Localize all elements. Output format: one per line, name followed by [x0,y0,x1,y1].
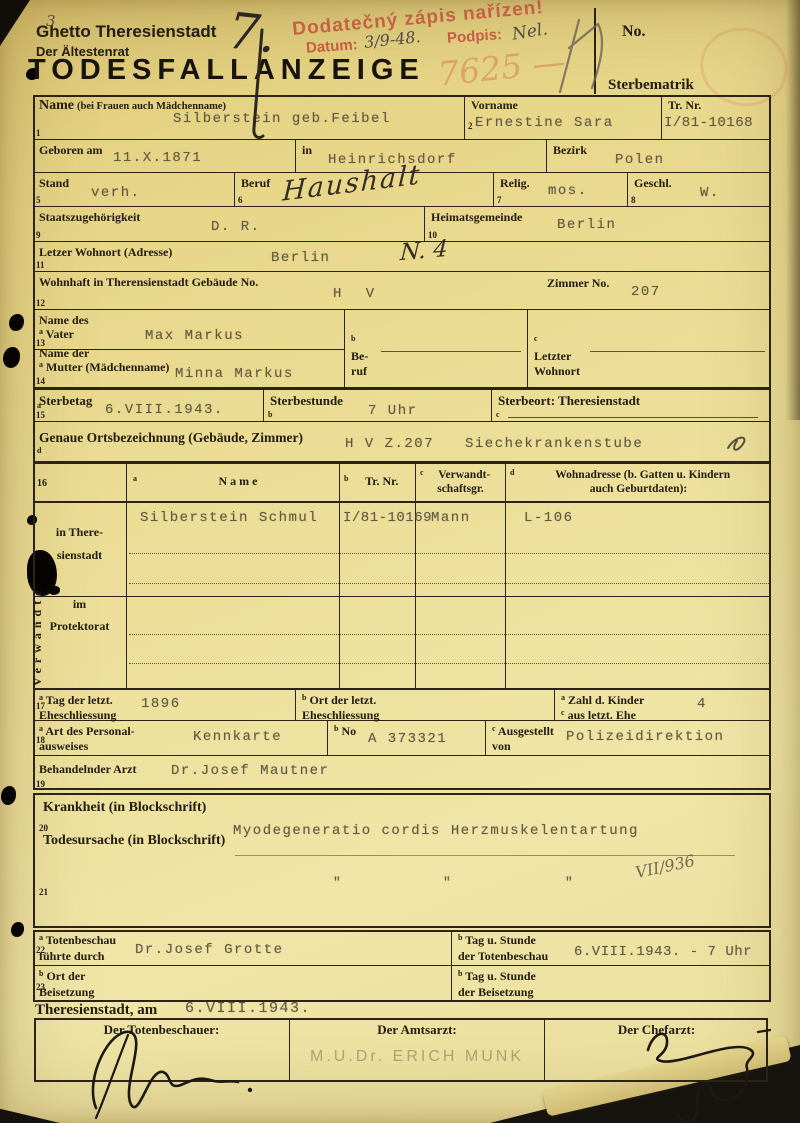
sup: c [561,708,565,717]
signature-cell-chefarzt: Der Chefarzt: [545,1018,768,1082]
field-eltern-namen: Name des a Vater 13 Max Markus Name der … [33,310,345,387]
orts-sup: d [37,446,41,455]
fill-line [590,351,765,352]
vater-label-line2: Vater [46,327,74,341]
org-name: Ghetto Theresienstadt [36,22,216,42]
amtsarzt-stamp: M.U.Dr. ERICH MUNK [290,1048,544,1066]
sup: a [39,724,43,733]
field-number: 16 [37,478,47,489]
field-stand: Stand 5 verh. [33,173,235,206]
field-ort-beisetzung: b Ort derBeisetzung 23 [33,966,452,1002]
col-adresse-line2: auch Geburtdaten): [590,483,687,495]
dotted-rule [129,634,769,635]
heimat-value: Berlin [557,217,616,233]
label-line1: Tag der letzt. [46,693,113,707]
scanned-death-certificate: Ghetto Theresienstadt Der Ältestenrat TO… [0,0,800,1123]
field-geschl: Geschl. 8 W. [628,173,771,206]
ink-number-mark: 7. [225,2,279,65]
sup: b [458,933,462,942]
field-eltern-beruf: bBe-ruf [345,310,528,387]
sup: b [302,693,306,702]
dotted-rule [129,553,769,554]
orts-value2: Siechekrankenstube [465,436,643,452]
label-line2: Beisetzung [39,985,94,999]
table16-col-name: aN a m e [127,464,340,501]
wohnort-col-line1: Letzter [534,349,571,363]
stand-value: verh. [91,185,141,201]
field-sterbestunde: Sterbestunde b 7 Uhr [264,390,492,421]
footer-place-label: Theresienstadt, am [35,1002,157,1019]
field-number: 21 [39,887,48,897]
group2-label-line1: im [73,597,86,611]
row-name: Name (bei Frauen auch Mädchenname) 1 Sil… [33,95,771,140]
field-number: 8 [631,195,636,205]
field-sterbeort: Sterbeort: Theresienstadt c [492,390,771,421]
orts-value1: H V Z.207 [345,436,434,452]
relative-trnr-value: I/81-10169 [343,510,432,526]
group1-label-line1: in There- [56,525,103,539]
footer-date-value: 6.VIII.1943. [185,1000,311,1017]
sup: a [39,933,43,942]
label-line1: Zahl d. Kinder [568,693,644,707]
row-totenbeschau: a Totenbeschauführte durch 22 Dr.Josef G… [33,930,771,966]
field-number: 1 [36,128,41,138]
group1-label-line2: sienstadt [57,548,102,562]
fill-line [381,351,521,352]
label-line1: Ort der letzt. [309,693,376,707]
header-divider [594,8,596,94]
arzt-label: Behandelnder Arzt [33,756,771,776]
field-staatszugehoerigkeit: Staatszugehörigkeit 9 D. R. [33,207,425,241]
sup: a [561,693,565,702]
label-line2: von [492,739,511,753]
beruf-col-sup: b [351,334,355,343]
label-line1: Art des Personal- [45,724,134,738]
field-number: 13 [36,338,45,348]
row-ausweis: a Art des Personal-ausweises 18 Kennkart… [33,721,771,756]
label-line2: Eheschliessung [302,708,379,722]
row-staat: Staatszugehörigkeit 9 D. R. Heimatsgemei… [33,207,771,242]
zimmer-value: 207 [631,284,661,300]
wohnort-col-line2: Wohnort [534,364,580,378]
eheschliessung-jahr-value: 1896 [141,696,181,712]
col-adresse-line1: Wohnadresse (b. Gatten u. Kindern [555,469,730,481]
label-line1: Ausgestellt [498,724,554,738]
sterbeort-sup: c [496,410,500,419]
col-sup: d [510,468,514,478]
vorname-value: Ernestine Sara [475,115,614,131]
krankheit-label: Krankheit (in Blockschrift) [35,795,769,817]
label-line2: der Totenbeschau [458,949,548,963]
group2-label-line2: Protektorat [50,619,110,633]
right-edge-shade [786,0,800,420]
krankheit-value: Myodegeneratio cordis Herzmuskelentartun… [233,823,639,839]
sup: c [492,724,496,733]
mutter-sup: a [39,360,43,369]
ditto-mark: " [333,875,342,890]
signature-cell-totenbeschauer: Der Totenbeschauer: [34,1018,290,1082]
label-line1: Tag u. Stunde [465,969,536,983]
row-beisetzung: b Ort derBeisetzung 23 b Tag u. Stundede… [33,966,771,1002]
table16-corner: 16 [33,464,127,501]
field-totenbeschau-durch: a Totenbeschauführte durch 22 Dr.Josef G… [33,930,452,965]
ausweis-no-value: A 373321 [368,731,447,747]
col-sup: a [133,474,137,483]
field-number: 2 [468,121,473,131]
gebaeude-value: H V [333,286,382,302]
field-geboren-am: Geboren am 11.X.1871 [33,140,296,172]
fill-line [508,417,758,418]
col-sup: c [420,468,424,478]
ausgestellt-von-value: Polizeidirektion [566,729,724,745]
zahl-kinder-value: 4 [697,696,707,712]
row-eltern: Name des a Vater 13 Max Markus Name der … [33,310,771,388]
ditto-mark: " [565,875,574,890]
sterbematrik-label: Sterbematrik [608,77,694,94]
field-zahl-kinder: a Zahl d. Kinderc aus letzt. Ehe 4 [555,690,771,720]
sup: b [334,724,338,733]
field-number: 6 [238,195,243,205]
field-ausweis-art: a Art des Personal-ausweises 18 Kennkart… [33,721,328,755]
staat-value: D. R. [211,219,261,235]
label-line2: der Beisetzung [458,985,533,999]
wohnort-handwritten-value: N. 4 [399,236,448,266]
label-line1: Tag u. Stunde [465,933,536,947]
table16-header: 16 aN a m e bTr. Nr. cVerwandt-schaftsgr… [33,462,771,502]
totenbeschau-arzt-value: Dr.Josef Grotte [135,942,284,958]
field-number: 19 [36,779,45,789]
relative-verw-value: Mann [431,510,471,526]
field-number: 11 [36,260,45,270]
beruf-col-line1: Be- [351,349,368,363]
tr-nr-label: Tr. Nr. [662,95,771,112]
field-number: 23 [36,982,45,992]
no-label: No. [622,23,646,41]
divider [33,349,345,350]
field-heimatsgemeinde: Heimatsgemeinde 10 Berlin [425,207,771,241]
tr-nr-value: I/81-10168 [664,115,753,131]
dotted-rule [129,663,769,664]
arzt-value: Dr.Josef Mautner [171,763,329,779]
vorname-label: Vorname [465,95,661,112]
signature-cell-amtsarzt: Der Amtsarzt: M.U.Dr. ERICH MUNK [290,1018,545,1082]
label-line2: führte durch [39,949,104,963]
corner-pencil-mark: 3 [46,12,56,30]
vater-label-line1: Name des [33,310,344,327]
ausweis-art-value: Kennkarte [193,729,282,745]
totenbeschau-zeit-value: 6.VIII.1943. - 7 Uhr [574,944,752,960]
field-bezirk: Bezirk Polen [547,140,771,172]
chefarzt-label: Der Chefarzt: [545,1018,768,1038]
row-sterbetag: Sterbetag a 15 6.VIII.1943. Sterbestunde… [33,388,771,422]
label-line1: Ort der [46,969,85,983]
field-tag-eheschliessung: a Tag der letzt.Eheschliessung 17 1896 [33,690,296,720]
label-line2: aus letzt. Ehe [568,708,636,722]
relig-value: mos. [548,183,588,199]
table16-col-adresse: dWohnadresse (b. Gatten u. Kindernauch G… [506,464,771,501]
field-behandelnder-arzt: Behandelnder Arzt 19 Dr.Josef Mautner [33,756,771,790]
section-divider [235,855,735,856]
field-number: 14 [36,376,45,386]
field-totenbeschau-zeit: b Tag u. Stundeder Totenbeschau 6.VIII.1… [452,930,771,965]
field-gebaeude-no: Wohnhaft in Therensienstadt Gebäude No. … [33,272,771,309]
row-ortsbezeichnung: Genaue Ortsbezeichnung (Gebäude, Zimmer)… [33,422,771,462]
label-line2: ausweises [39,739,88,753]
beruf-col-line2: ruf [351,364,367,378]
vater-value: Max Markus [145,328,244,344]
amtsarzt-label: Der Amtsarzt: [290,1018,544,1038]
field-sterbetag: Sterbetag a 15 6.VIII.1943. [33,390,264,421]
field-number: 15 [36,410,45,420]
wohnort-col-sup: c [534,334,538,343]
bezirk-value: Polen [615,152,665,168]
signature-row: Der Totenbeschauer: Der Amtsarzt: M.U.Dr… [34,1018,768,1082]
relative-adresse-value: L-106 [524,510,574,526]
zone-divider [33,596,771,597]
field-number: 5 [36,195,41,205]
field-ausweis-no: b No A 373321 [328,721,486,755]
label-line2: Eheschliessung [39,708,116,722]
totenbeschauer-label: Der Totenbeschauer: [34,1018,289,1038]
row-eheschliessung: a Tag der letzt.Eheschliessung 17 1896 b… [33,688,771,721]
table16-col-trnr: bTr. Nr. [340,464,416,501]
field-relig: Relig. 7 mos. [494,173,628,206]
stamp-datum-label: Datum: [305,36,358,57]
field-number: 9 [36,230,41,240]
row-gebaeude: Wohnhaft in Therensienstadt Gebäude No. … [33,272,771,310]
name-label: Name [39,98,74,113]
wohnort-value: Berlin [271,250,330,266]
geschl-value: W. [700,185,720,201]
name-value: Silberstein geb.Feibel [173,111,391,127]
table16-col-verw: cVerwandt-schaftsgr. [416,464,506,501]
field-ort-eheschliessung: b Ort der letzt.Eheschliessung [296,690,555,720]
field-zeit-beisetzung: b Tag u. Stundeder Beisetzung [452,966,771,1002]
field-ausgestellt-von: c Ausgestelltvon Polizeidirektion [486,721,771,755]
label-line1: Totenbeschau [46,933,116,947]
sterbestunde-sup: b [268,410,272,419]
sterbetag-sup: a [37,401,41,410]
mutter-label-line2: Mutter (Mädchenname) [46,360,169,374]
sup: b [458,969,462,978]
verwandte-side-label: Verwandte [30,508,45,686]
ditto-mark: " [443,875,452,890]
field-number: 22 [36,945,45,955]
field-number: 7 [497,195,502,205]
dotted-rule [129,583,769,584]
mutter-label-line1: Name der [33,342,344,360]
col-verw-line2: schaftsgr. [437,483,484,495]
form-box-krankheit: Krankheit (in Blockschrift) 20 Myodegene… [33,793,771,928]
col-name-label: N a m e [219,474,258,488]
col-verw-line1: Verwandt- [438,469,490,481]
relative-name-value: Silberstein Schmul [140,510,318,526]
field-number: 17 [36,701,45,711]
sterbetag-value: 6.VIII.1943. [105,402,224,418]
zimmer-label: Zimmer No. [541,273,611,290]
mutter-value: Minna Markus [175,366,294,382]
row-arzt: Behandelnder Arzt 19 Dr.Josef Mautner [33,756,771,790]
col-trnr-label: Tr. Nr. [365,474,398,488]
sterbestunde-value: 7 Uhr [368,403,418,419]
field-number: 20 [39,823,48,833]
vater-sup: a [39,327,43,336]
field-eltern-wohnort: cLetzterWohnort [528,310,771,387]
no-label: No [341,724,356,738]
col-sup: b [344,474,348,483]
field-tr-nr: Tr. Nr. I/81-10168 [662,95,771,139]
field-number: 12 [36,298,45,308]
geboren-value: 11.X.1871 [113,150,202,166]
table16-body: in There-sienstadt imProtektorat [33,502,771,688]
sup: b [39,969,43,978]
field-ortsbezeichnung: Genaue Ortsbezeichnung (Gebäude, Zimmer)… [33,422,771,461]
sterbeort-label: Sterbeort: Theresienstadt [492,390,771,409]
field-vorname: Vorname 2 Ernestine Sara [465,95,662,139]
field-name: Name (bei Frauen auch Mädchenname) 1 Sil… [33,95,465,139]
field-number: 18 [36,735,45,745]
